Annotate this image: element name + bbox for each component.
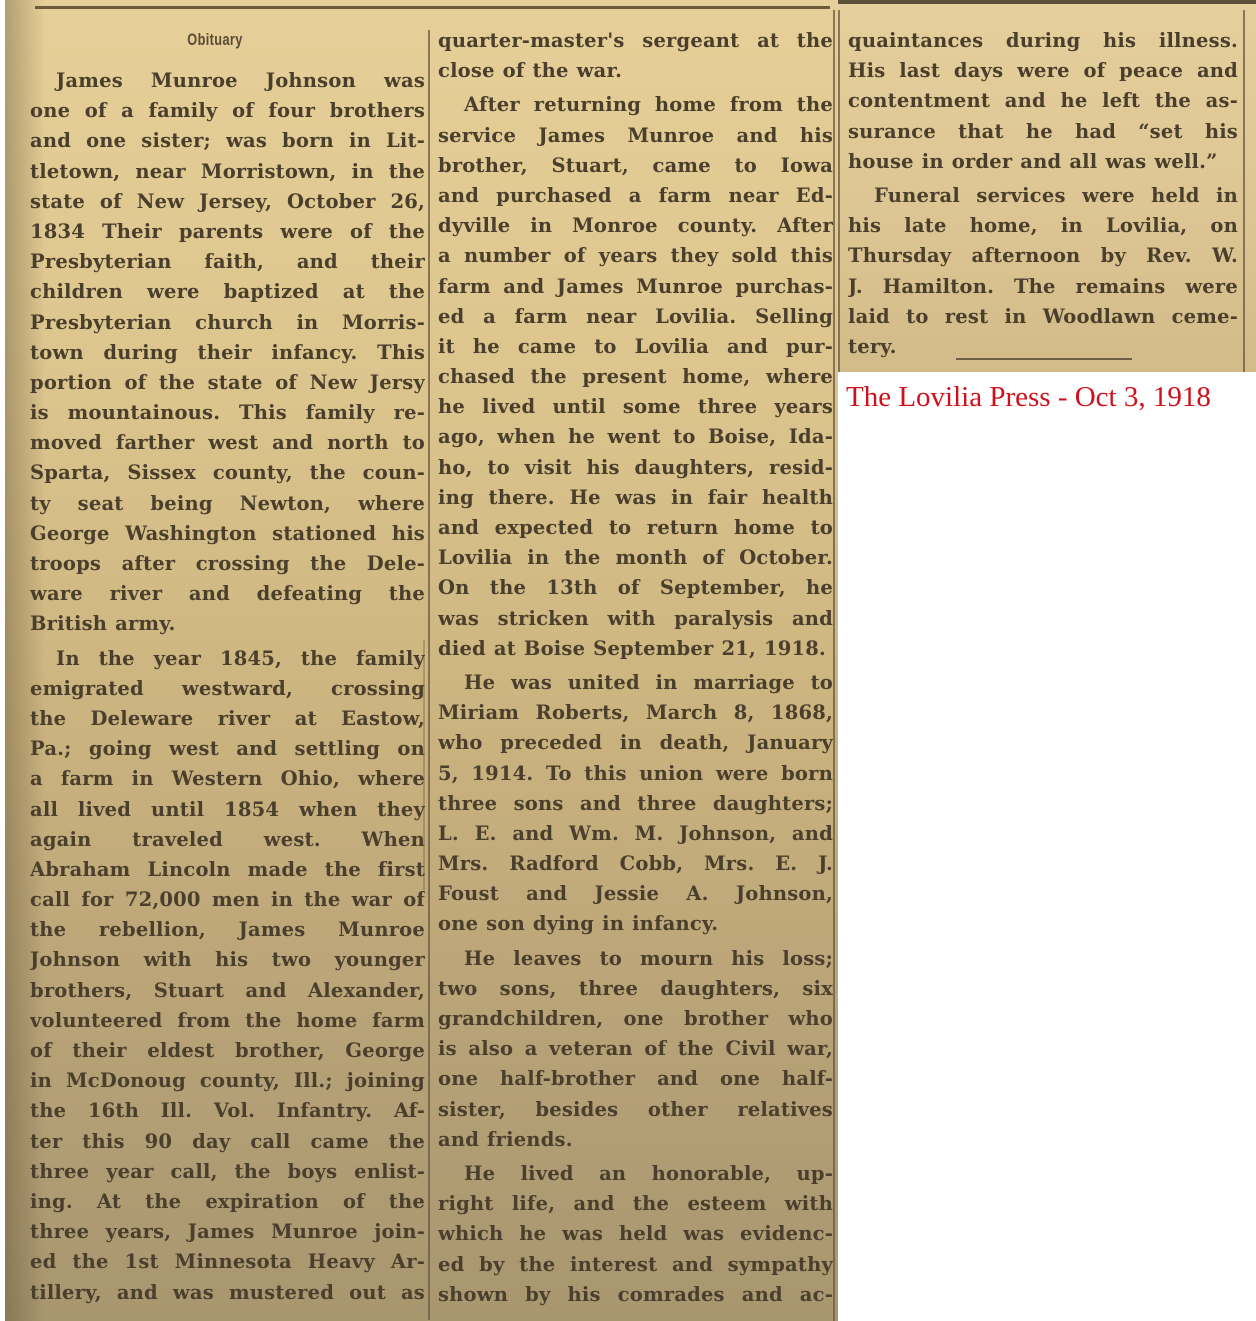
newspaper-clipping-continuation: quaintances during his illness.His last …: [838, 0, 1256, 372]
text-line: in McDonoug county, Ill.; joining: [30, 1066, 425, 1096]
text-line: three years, James Munroe join-: [30, 1217, 425, 1247]
text-line: and one sister; was born in Lit-: [30, 126, 425, 156]
text-line: which he was held was evidenc-: [438, 1219, 833, 1249]
text-line: ed the 1st Minnesota Heavy Ar-: [30, 1247, 425, 1277]
text-line: was stricken with paralysis and: [438, 604, 833, 634]
text-line: brother, Stuart, came to Iowa: [438, 151, 833, 181]
text-line: Miriam Roberts, March 8, 1868,: [438, 698, 833, 728]
text-line: a number of years they sold this: [438, 241, 833, 271]
text-line: died at Boise September 21, 1918.: [438, 634, 833, 664]
text-line: ing there. He was in fair health: [438, 483, 833, 513]
text-line: surance that he had “set his: [848, 117, 1238, 147]
text-line: J. Hamilton. The remains were: [848, 272, 1238, 302]
text-line: who preceded in death, January: [438, 728, 833, 758]
article-column-3: quaintances during his illness.His last …: [848, 26, 1238, 362]
column-rule-left: [838, 10, 840, 372]
text-line: tillery, and was mustered out as: [30, 1278, 425, 1308]
text-line: ho, to visit his daughters, resid-: [438, 453, 833, 483]
text-line: In the year 1845, the family: [30, 644, 425, 674]
text-line: After returning home from the: [438, 90, 833, 120]
column-rule-right: [833, 10, 835, 1321]
text-line: he lived until some three years: [438, 392, 833, 422]
text-line: emigrated westward, crossing: [30, 674, 425, 704]
text-line: On the 13th of September, he: [438, 573, 833, 603]
text-line: ed by the interest and sympathy: [438, 1250, 833, 1280]
text-line: all lived until 1854 when they: [30, 795, 425, 825]
text-line: contentment and he left the as-: [848, 86, 1238, 116]
top-rule: [838, 0, 1256, 4]
text-line: Pa.; going west and settling on: [30, 734, 425, 764]
text-line: house in order and all was well.”: [848, 147, 1238, 177]
text-line: and expected to return home to: [438, 513, 833, 543]
text-line: 5, 1914. To this union were born: [438, 759, 833, 789]
text-line: children were baptized at the: [30, 277, 425, 307]
text-line: quarter-master's sergeant at the: [438, 26, 833, 56]
text-line: farm and James Munroe purchas-: [438, 272, 833, 302]
text-line: the 16th Ill. Vol. Infantry. Af-: [30, 1096, 425, 1126]
article-column-2: quarter-master's sergeant at theclose of…: [438, 26, 833, 1310]
text-line: quaintances during his illness.: [848, 26, 1238, 56]
text-line: close of the war.: [438, 56, 833, 86]
text-line: call for 72,000 men in the war of: [30, 885, 425, 915]
text-line: British army.: [30, 609, 425, 639]
column-rule-middle: [428, 30, 430, 1320]
column-rule-right: [1243, 10, 1245, 372]
text-line: sister, besides other relatives: [438, 1095, 833, 1125]
text-line: Thursday afternoon by Rev. W.: [848, 241, 1238, 271]
text-line: L. E. and Wm. M. Johnson, and: [438, 819, 833, 849]
text-line: He lived an honorable, up-: [438, 1159, 833, 1189]
top-rule: [35, 6, 830, 9]
text-line: town during their infancy. This: [30, 338, 425, 368]
text-line: grandchildren, one brother who: [438, 1004, 833, 1034]
text-line: 1834 Their parents were of the: [30, 217, 425, 247]
text-line: and friends.: [438, 1125, 833, 1155]
text-line: two sons, three daughters, six: [438, 974, 833, 1004]
text-line: Funeral services were held in: [848, 181, 1238, 211]
text-line: state of New Jersey, October 26,: [30, 187, 425, 217]
text-line: George Washington stationed his: [30, 519, 425, 549]
text-line: ago, when he went to Boise, Ida-: [438, 422, 833, 452]
text-line: one of a family of four brothers: [30, 96, 425, 126]
text-line: tletown, near Morristown, in the: [30, 157, 425, 187]
newspaper-clipping-main: Obituary James Munroe Johnson wasone of …: [5, 0, 838, 1321]
text-line: His last days were of peace and: [848, 56, 1238, 86]
text-line: three sons and three daughters;: [438, 789, 833, 819]
text-line: one half-brother and one half-: [438, 1064, 833, 1094]
text-line: it he came to Lovilia and pur-: [438, 332, 833, 362]
text-line: and purchased a farm near Ed-: [438, 181, 833, 211]
text-line: is mountainous. This family re-: [30, 398, 425, 428]
text-line: right life, and the esteem with: [438, 1189, 833, 1219]
text-line: again traveled west. When: [30, 825, 425, 855]
text-line: Abraham Lincoln made the first: [30, 855, 425, 885]
text-line: troops after crossing the Dele-: [30, 549, 425, 579]
text-line: dyville in Monroe county. After: [438, 211, 833, 241]
article-end-rule: [956, 358, 1132, 360]
text-line: He leaves to mourn his loss;: [438, 944, 833, 974]
text-line: chased the present home, where: [438, 362, 833, 392]
text-line: James Munroe Johnson was: [30, 66, 425, 96]
text-line: moved farther west and north to: [30, 428, 425, 458]
text-line: Johnson with his two younger: [30, 945, 425, 975]
text-line: laid to rest in Woodlawn ceme-: [848, 302, 1238, 332]
text-line: ed a farm near Lovilia. Selling: [438, 302, 833, 332]
text-line: brothers, Stuart and Alexander,: [30, 976, 425, 1006]
text-line: ware river and defeating the: [30, 579, 425, 609]
text-line: Lovilia in the month of October.: [438, 543, 833, 573]
text-line: ing. At the expiration of the: [30, 1187, 425, 1217]
text-line: portion of the state of New Jersy: [30, 368, 425, 398]
text-line: ter this 90 day call came the: [30, 1127, 425, 1157]
text-line: Presbyterian faith, and their: [30, 247, 425, 277]
text-line: of their eldest brother, George: [30, 1036, 425, 1066]
text-line: Mrs. Radford Cobb, Mrs. E. J.: [438, 849, 833, 879]
text-line: ty seat being Newton, where: [30, 489, 425, 519]
text-line: his late home, in Lovilia, on: [848, 211, 1238, 241]
source-caption: The Lovilia Press - Oct 3, 1918: [846, 381, 1211, 414]
text-line: three year call, the boys enlist-: [30, 1157, 425, 1187]
article-column-1: James Munroe Johnson wasone of a family …: [30, 66, 425, 1308]
text-line: is also a veteran of the Civil war,: [438, 1034, 833, 1064]
text-line: one son dying in infancy.: [438, 909, 833, 939]
text-line: shown by his comrades and ac-: [438, 1280, 833, 1310]
obituary-heading: Obituary: [58, 30, 373, 50]
text-line: volunteered from the home farm: [30, 1006, 425, 1036]
text-line: He was united in marriage to: [438, 668, 833, 698]
text-line: the Deleware river at Eastow,: [30, 704, 425, 734]
text-line: the rebellion, James Munroe: [30, 915, 425, 945]
text-line: Sparta, Sissex county, the coun-: [30, 458, 425, 488]
text-line: a farm in Western Ohio, where: [30, 764, 425, 794]
text-line: Foust and Jessie A. Johnson,: [438, 879, 833, 909]
text-line: service James Munroe and his: [438, 121, 833, 151]
text-line: Presbyterian church in Morris-: [30, 308, 425, 338]
